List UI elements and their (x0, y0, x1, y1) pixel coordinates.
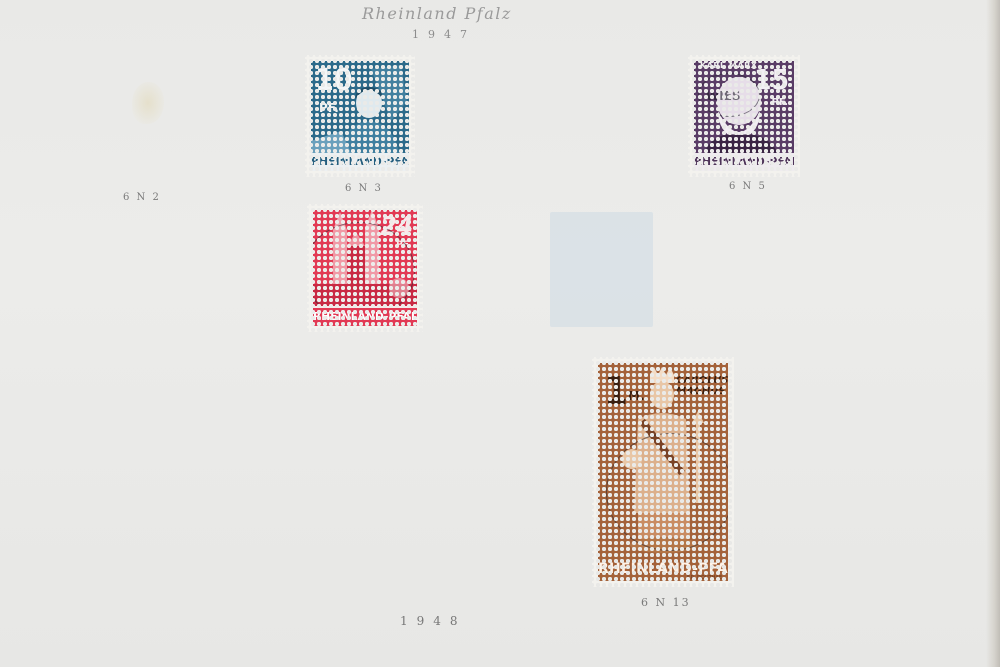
stamp-country-text: RHEINLAND-PFALZ (313, 306, 417, 326)
stamp-caption: KARL MARX (700, 61, 757, 70)
paper-stain (132, 82, 164, 124)
stamp-caption: CAROLUS MAGNUS (676, 375, 722, 397)
stamp-24pf: 24 PF. RHEINLAND-PFALZ (307, 204, 423, 332)
slot-label-6n5: 6 N 5 (729, 181, 767, 192)
page-heading: Rheinland Pfalz (362, 4, 512, 23)
stamp-6n5: KARL MARX 15 PF. WIES RHEINLAND-PFALZ (688, 55, 800, 177)
slot-label-6n13: 6 N 13 (641, 596, 691, 609)
stamp-unit: M. (628, 389, 645, 403)
stamp-country-text: RHEINLAND-PFALZ (694, 153, 794, 171)
stamp-6n3: 10 PF. RHEINLAND-PFALZ (305, 55, 415, 177)
slot-label-6n3: 6 N 3 (345, 183, 383, 194)
slot-label-6n2: 6 N 2 (123, 192, 161, 203)
stamp-denomination: 1 (604, 369, 628, 413)
stamp-country-text: RHEINLAND-PFALZ (311, 153, 409, 171)
album-page: Rheinland Pfalz 1947 1948 6 N 2 6 N 3 6 … (0, 0, 1000, 667)
faded-stamp-impression (550, 212, 653, 327)
postmark-cancel (606, 433, 728, 551)
stamp-denomination: 10 (315, 63, 353, 98)
page-edge-shadow (986, 0, 1000, 667)
stamp-unit: PF. (772, 97, 789, 108)
stamp-engraver-credit: F.R. DOUTHAE (687, 575, 722, 581)
year-1947: 1947 (412, 28, 476, 41)
year-1948: 1948 (400, 614, 467, 628)
stamp-6n13: 1 M. CAROLUS MAGNUS RHEINLAND-PFALZ F.R.… (592, 357, 734, 587)
stamp-unit: PF. (319, 101, 339, 115)
postmark-text: WIES (706, 89, 741, 103)
